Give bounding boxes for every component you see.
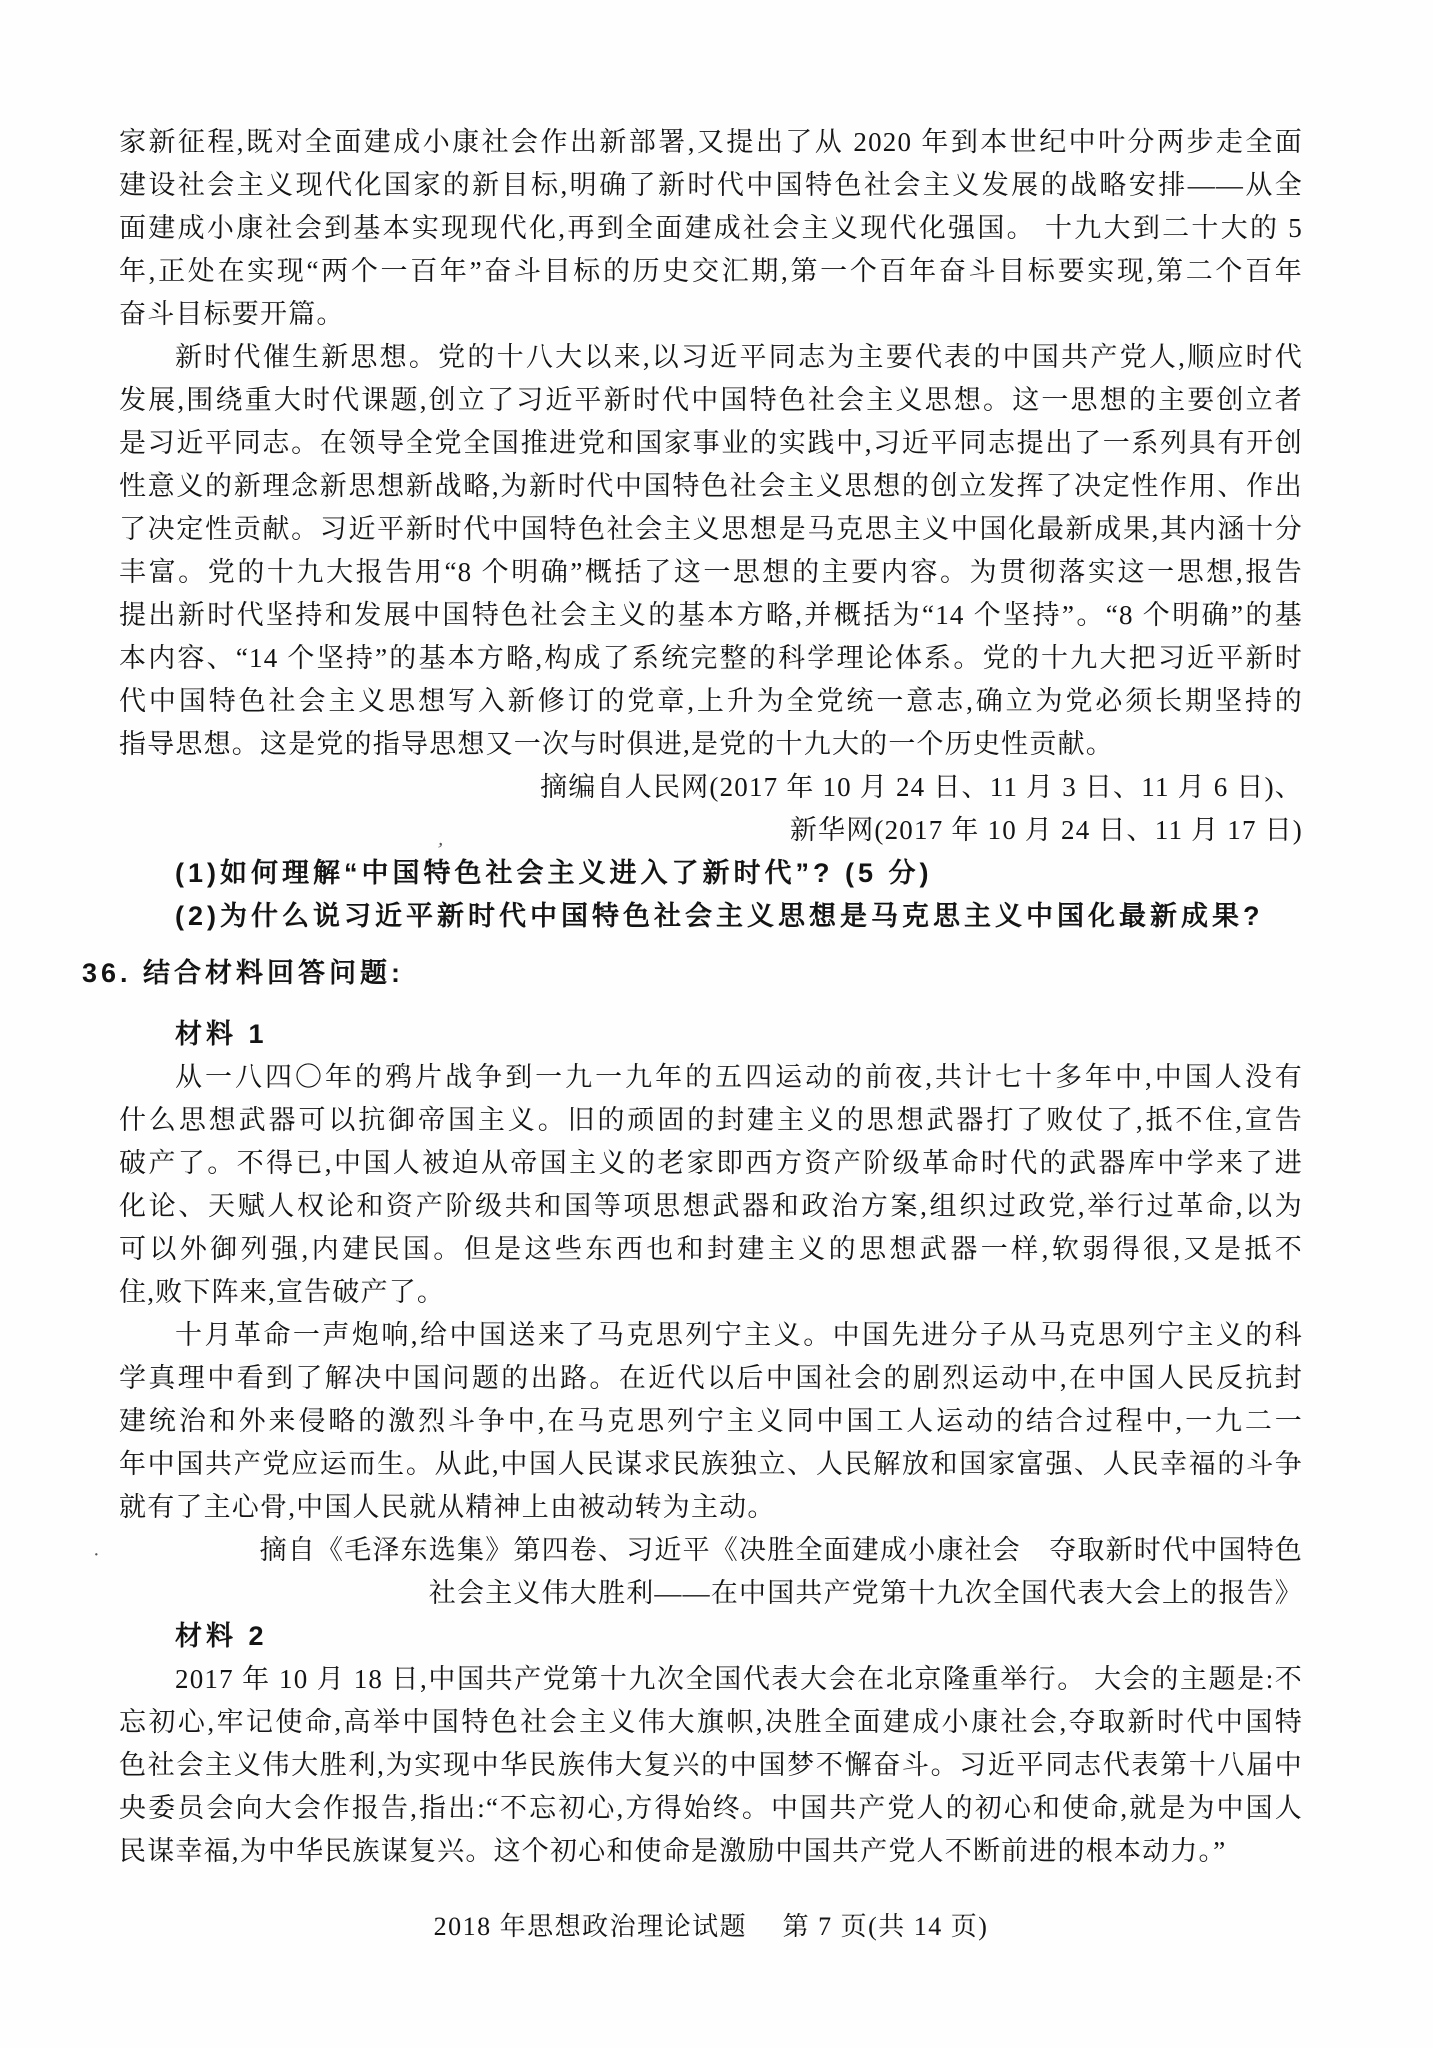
text-line: 学真理中看到了解决中国问题的出路。在近代以后中国社会的剧烈运动中,在中国人民反抗… bbox=[119, 1357, 1303, 1400]
document-body: 家新征程,既对全面建成小康社会作出新部署,又提出了从 2020 年到本世纪中叶分… bbox=[119, 121, 1303, 1948]
text-line: 从一八四〇年的鸦片战争到一九一九年的五四运动的前夜,共计七十多年中,中国人没有 bbox=[119, 1056, 1303, 1099]
text-line: 摘编自人民网(2017 年 10 月 24 日、11 月 3 日、11 月 6 … bbox=[119, 766, 1303, 809]
text-line: 新时代催生新思想。党的十八大以来,以习近平同志为主要代表的中国共产党人,顺应时代 bbox=[119, 336, 1303, 379]
text-line: 材料 1 bbox=[119, 1013, 1303, 1056]
text-line: (1)如何理解“中国特色社会主义进入了新时代”? (5 分) bbox=[119, 852, 1303, 895]
text-line: (2)为什么说习近平新时代中国特色社会主义思想是马克思主义中国化最新成果? (5… bbox=[119, 895, 1303, 938]
text-line: 可以外御列强,内建民国。但是这些东西也和封建主义的思想武器一样,软弱得很,又是抵… bbox=[119, 1228, 1303, 1271]
text-line: 摘自《毛泽东选集》第四卷、习近平《决胜全面建成小康社会 夺取新时代中国特色 bbox=[119, 1529, 1303, 1572]
text-line: 发展,围绕重大时代课题,创立了习近平新时代中国特色社会主义思想。这一思想的主要创… bbox=[119, 379, 1303, 422]
text-line: 建设社会主义现代化国家的新目标,明确了新时代中国特色社会主义发展的战略安排——从… bbox=[119, 164, 1303, 207]
text-line: 面建成小康社会到基本实现现代化,再到全面建成社会主义现代化强国。 十九大到二十大… bbox=[119, 207, 1303, 250]
exam-page-scan: 家新征程,既对全面建成小康社会作出新部署,又提出了从 2020 年到本世纪中叶分… bbox=[0, 0, 1433, 2048]
text-line: 家新征程,既对全面建成小康社会作出新部署,又提出了从 2020 年到本世纪中叶分… bbox=[119, 121, 1303, 164]
text-line: 新华网(2017 年 10 月 24 日、11 月 17 日) bbox=[119, 809, 1303, 852]
text-line: 指导思想。这是党的指导思想又一次与时俱进,是党的十九大的一个历史性贡献。 bbox=[119, 723, 1303, 766]
text-line: 性意义的新理念新思想新战略,为新时代中国特色社会主义思想的创立发挥了决定性作用、… bbox=[119, 465, 1303, 508]
text-line: 住,败下阵来,宣告破产了。 bbox=[119, 1271, 1303, 1314]
text-line: 色社会主义伟大胜利,为实现中华民族伟大复兴的中国梦不懈奋斗。习近平同志代表第十八… bbox=[119, 1744, 1303, 1787]
text-line: 就有了主心骨,中国人民就从精神上由被动转为主动。 bbox=[119, 1486, 1303, 1529]
text-line: 社会主义伟大胜利——在中国共产党第十九次全国代表大会上的报告》 bbox=[119, 1572, 1303, 1615]
text-line: 什么思想武器可以抗御帝国主义。旧的顽固的封建主义的思想武器打了败仗了,抵不住,宣… bbox=[119, 1099, 1303, 1142]
text-line: 年中国共产党应运而生。从此,中国人民谋求民族独立、人民解放和国家富强、人民幸福的… bbox=[119, 1443, 1303, 1486]
text-line: 央委员会向大会作报告,指出:“不忘初心,方得始终。中国共产党人的初心和使命,就是… bbox=[119, 1787, 1303, 1830]
text-line: 忘初心,牢记使命,高举中国特色社会主义伟大旗帜,决胜全面建成小康社会,夺取新时代… bbox=[119, 1701, 1303, 1744]
scan-artifact: · bbox=[93, 1545, 100, 1565]
text-line: 材料 2 bbox=[119, 1615, 1303, 1658]
text-line: 2017 年 10 月 18 日,中国共产党第十九次全国代表大会在北京隆重举行。… bbox=[119, 1658, 1303, 1701]
text-line: 提出新时代坚持和发展中国特色社会主义的基本方略,并概括为“14 个坚持”。“8 … bbox=[119, 594, 1303, 637]
text-line: 代中国特色社会主义思想写入新修订的党章,上升为全党统一意志,确立为党必须长期坚持… bbox=[119, 680, 1303, 723]
text-line: 十月革命一声炮响,给中国送来了马克思列宁主义。中国先进分子从马克思列宁主义的科 bbox=[119, 1314, 1303, 1357]
text-line: 丰富。党的十九大报告用“8 个明确”概括了这一思想的主要内容。为贯彻落实这一思想… bbox=[119, 551, 1303, 594]
text-line: 化论、天赋人权论和资产阶级共和国等项思想武器和政治方案,组织过政党,举行过革命,… bbox=[119, 1185, 1303, 1228]
text-line: 破产了。不得已,中国人被迫从帝国主义的老家即西方资产阶级革命时代的武器库中学来了… bbox=[119, 1142, 1303, 1185]
text-line: 本内容、“14 个坚持”的基本方略,构成了系统完整的科学理论体系。党的十九大把习… bbox=[119, 637, 1303, 680]
text-line: 建统治和外来侵略的激烈斗争中,在马克思列宁主义同中国工人运动的结合过程中,一九二… bbox=[119, 1400, 1303, 1443]
page-footer: 2018 年思想政治理论试题 第 7 页(共 14 页) bbox=[119, 1905, 1303, 1948]
text-line: 年,正处在实现“两个一百年”奋斗目标的历史交汇期,第一个百年奋斗目标要实现,第二… bbox=[119, 250, 1303, 293]
text-line: 民谋幸福,为中华民族谋复兴。这个初心和使命是激励中国共产党人不断前进的根本动力。… bbox=[119, 1830, 1303, 1873]
text-line: 是习近平同志。在领导全党全国推进党和国家事业的实践中,习近平同志提出了一系列具有… bbox=[119, 422, 1303, 465]
text-line: 奋斗目标要开篇。 bbox=[119, 293, 1303, 336]
text-line: 了决定性贡献。习近平新时代中国特色社会主义思想是马克思主义中国化最新成果,其内涵… bbox=[119, 508, 1303, 551]
text-line: 36. 结合材料回答问题: bbox=[82, 952, 1303, 995]
